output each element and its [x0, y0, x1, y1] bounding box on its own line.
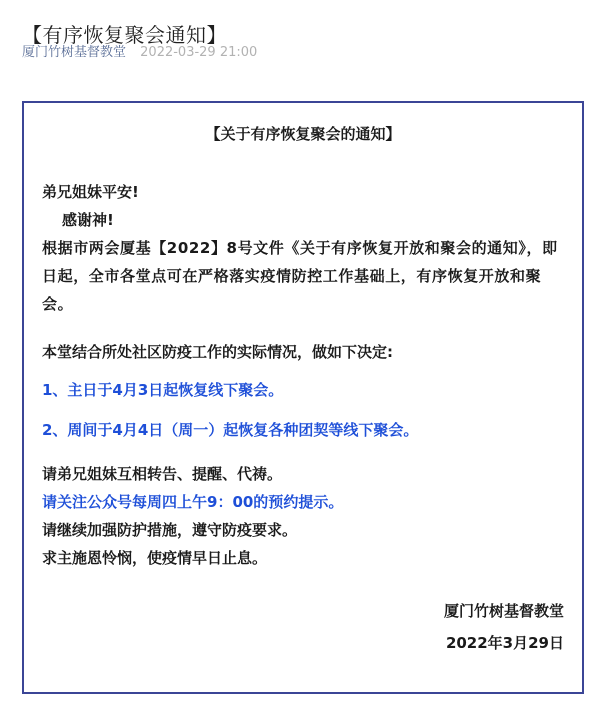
decision-intro: 本堂结合所处社区防疫工作的实际情况，做如下决定:: [42, 338, 393, 366]
notice-heading: 【关于有序恢复聚会的通知】: [24, 123, 582, 145]
publish-timestamp: 2022-03-29 21:00: [140, 45, 257, 60]
decision-item-1: 1、主日于4月3日起恢复线下聚会。: [42, 376, 283, 404]
notice-box: 【关于有序恢复聚会的通知】 弟兄姐妹平安! 感谢神! 根据市两会厦基【2022】…: [22, 101, 584, 694]
closing-line-4: 求主施恩怜悯，使疫情早日止息。: [42, 544, 267, 572]
greeting: 弟兄姐妹平安!: [42, 178, 139, 206]
closing-line-3: 请继续加强防护措施，遵守防疫要求。: [42, 516, 297, 544]
closing-line-2-highlight: 请关注公众号每周四上午9：00的预约提示。: [42, 488, 343, 516]
article-meta: 厦门竹树基督教堂 2022-03-29 21:00: [22, 44, 257, 62]
closing-line-1: 请弟兄姐妹互相转告、提醒、代祷。: [42, 460, 282, 488]
author-link[interactable]: 厦门竹树基督教堂: [22, 45, 126, 60]
paragraph-directive: 根据市两会厦基【2022】8号文件《关于有序恢复开放和聚会的通知》，即日起，全市…: [42, 234, 566, 318]
signature: 厦门竹树基督教堂: [444, 599, 564, 623]
thanks-line: 感谢神!: [62, 206, 114, 234]
decision-item-2: 2、周间于4月4日（周一）起恢复各种团契等线下聚会。: [42, 416, 418, 444]
notice-date: 2022年3月29日: [446, 631, 564, 655]
